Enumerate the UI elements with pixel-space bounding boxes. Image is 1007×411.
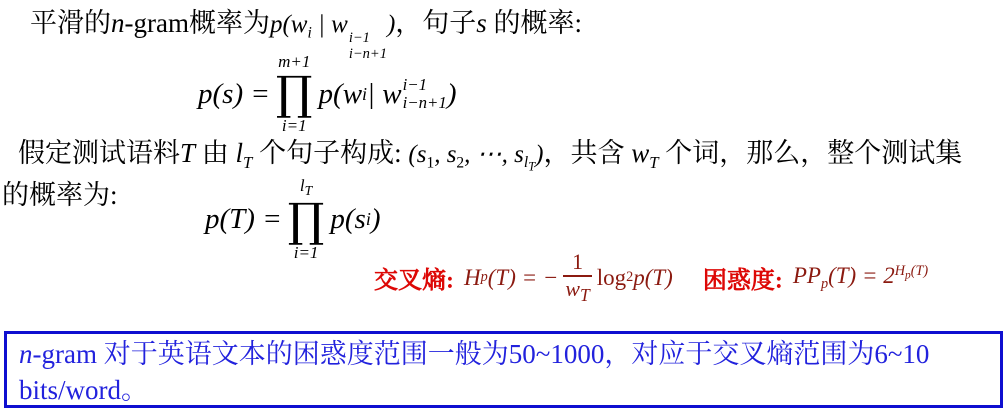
math-run: PP: [793, 263, 821, 288]
math-superscript: i−1: [349, 31, 370, 47]
cross-entropy-label: 交叉熵:: [374, 260, 454, 295]
product-lower-limit: i=1: [282, 116, 307, 136]
math-subscript: p: [481, 269, 488, 286]
math-subscript: lT: [524, 154, 535, 171]
math-run: p(s: [330, 203, 365, 236]
perplexity-label: 困惑度:: [703, 260, 783, 295]
cross-entropy-formula: Hp(T) = − 1 wT log2 p(T): [464, 250, 673, 305]
product-operator: lT ∏ i=1: [288, 176, 325, 263]
math-subscript: i−n+1: [403, 94, 447, 112]
math-run: , s: [434, 141, 456, 168]
text-run: 假定测试语料: [18, 138, 180, 168]
var-n: n: [111, 8, 125, 38]
math-run: p(s) =: [198, 78, 270, 111]
text-run: 个句子构成:: [252, 138, 408, 168]
text-run: 的概率为:: [2, 180, 118, 210]
math-run: p(w: [270, 11, 308, 38]
var-s: s: [476, 8, 487, 38]
text-run: ，共含: [543, 138, 631, 168]
math-run: | w: [367, 78, 402, 111]
inline-formula-ngram-probability: p(wi | wi−1i−n+1): [270, 11, 395, 38]
math-run: w: [565, 277, 580, 301]
text-run: 的概率:: [487, 8, 582, 38]
product-symbol-icon: ∏: [288, 199, 325, 243]
math-run: (T) = 2: [828, 263, 895, 288]
inline-formula-sentence-sequence: (s1, s2, ⋯, slT): [408, 141, 543, 168]
paragraph-test-corpus-continued: 的概率为:: [2, 178, 118, 212]
text-run: -gram: [125, 8, 189, 38]
math-superscript: i−1: [403, 76, 427, 94]
product-symbol-icon: ∏: [276, 72, 313, 116]
math-subscript: T: [649, 153, 658, 172]
math-subscript: p: [821, 276, 828, 292]
text-run: ，句子: [395, 8, 476, 38]
math-subscript: 2: [456, 154, 464, 171]
math-run: H: [464, 265, 481, 291]
text-run: 由: [195, 138, 236, 168]
math-run: ): [371, 203, 381, 236]
math-run: l: [236, 138, 244, 168]
math-supsub: i−1i−n+1: [403, 76, 447, 112]
math-run: (s: [408, 141, 426, 168]
var-T: T: [180, 138, 195, 168]
var-lT: lT: [236, 138, 253, 168]
math-subscript: T: [580, 285, 590, 305]
formula-test-set-probability: p(T) = lT ∏ i=1 p(si): [205, 176, 381, 263]
text-run: 平滑的: [30, 8, 111, 38]
math-run: ): [447, 78, 457, 111]
math-run: , ⋯, s: [464, 141, 524, 168]
note-text: -gram 对于英语文本的困惑度范围一般为50~1000，对应于交叉熵范围为6~…: [19, 339, 929, 405]
fraction-numerator: 1: [563, 250, 591, 277]
math-run: p(w: [319, 78, 363, 111]
formula-sentence-probability: p(s) = m+1 ∏ i=1 p(wi | wi−1i−n+1): [198, 52, 456, 136]
perplexity-formula: PPp(T) = 2Hp(T): [793, 263, 928, 293]
math-run: p(T) =: [205, 203, 282, 236]
text-run: 概率为: [189, 8, 270, 38]
math-run: (T): [911, 263, 928, 279]
var-wT: wT: [631, 138, 658, 168]
math-run: (T) = −: [488, 265, 559, 291]
product-operator: m+1 ∏ i=1: [276, 52, 313, 136]
fraction: 1 wT: [563, 250, 591, 305]
math-subscript: T: [243, 153, 252, 172]
entropy-perplexity-line: 交叉熵: Hp(T) = − 1 wT log2 p(T) 困惑度: PPp(T…: [374, 250, 928, 305]
math-run: H: [895, 263, 905, 279]
math-run: | w: [312, 11, 348, 38]
slide: 平滑的n-gram概率为p(wi | wi−1i−n+1)，句子s 的概率: p…: [0, 0, 1007, 411]
math-superscript: Hp(T): [895, 263, 928, 279]
paragraph-test-corpus: 假定测试语料T 由 lT 个句子构成: (s1, s2, ⋯, slT)，共含 …: [18, 136, 962, 184]
note-box: n-gram 对于英语文本的困惑度范围一般为50~1000，对应于交叉熵范围为6…: [4, 331, 1003, 408]
fraction-denominator: wT: [563, 277, 591, 305]
math-run: p(T): [633, 265, 673, 291]
math-run: w: [631, 138, 649, 168]
var-n: n: [19, 339, 33, 369]
log-operator: log: [597, 265, 626, 291]
text-run: 个词，那么，整个测试集: [659, 138, 963, 168]
product-lower-limit: i=1: [294, 243, 319, 263]
